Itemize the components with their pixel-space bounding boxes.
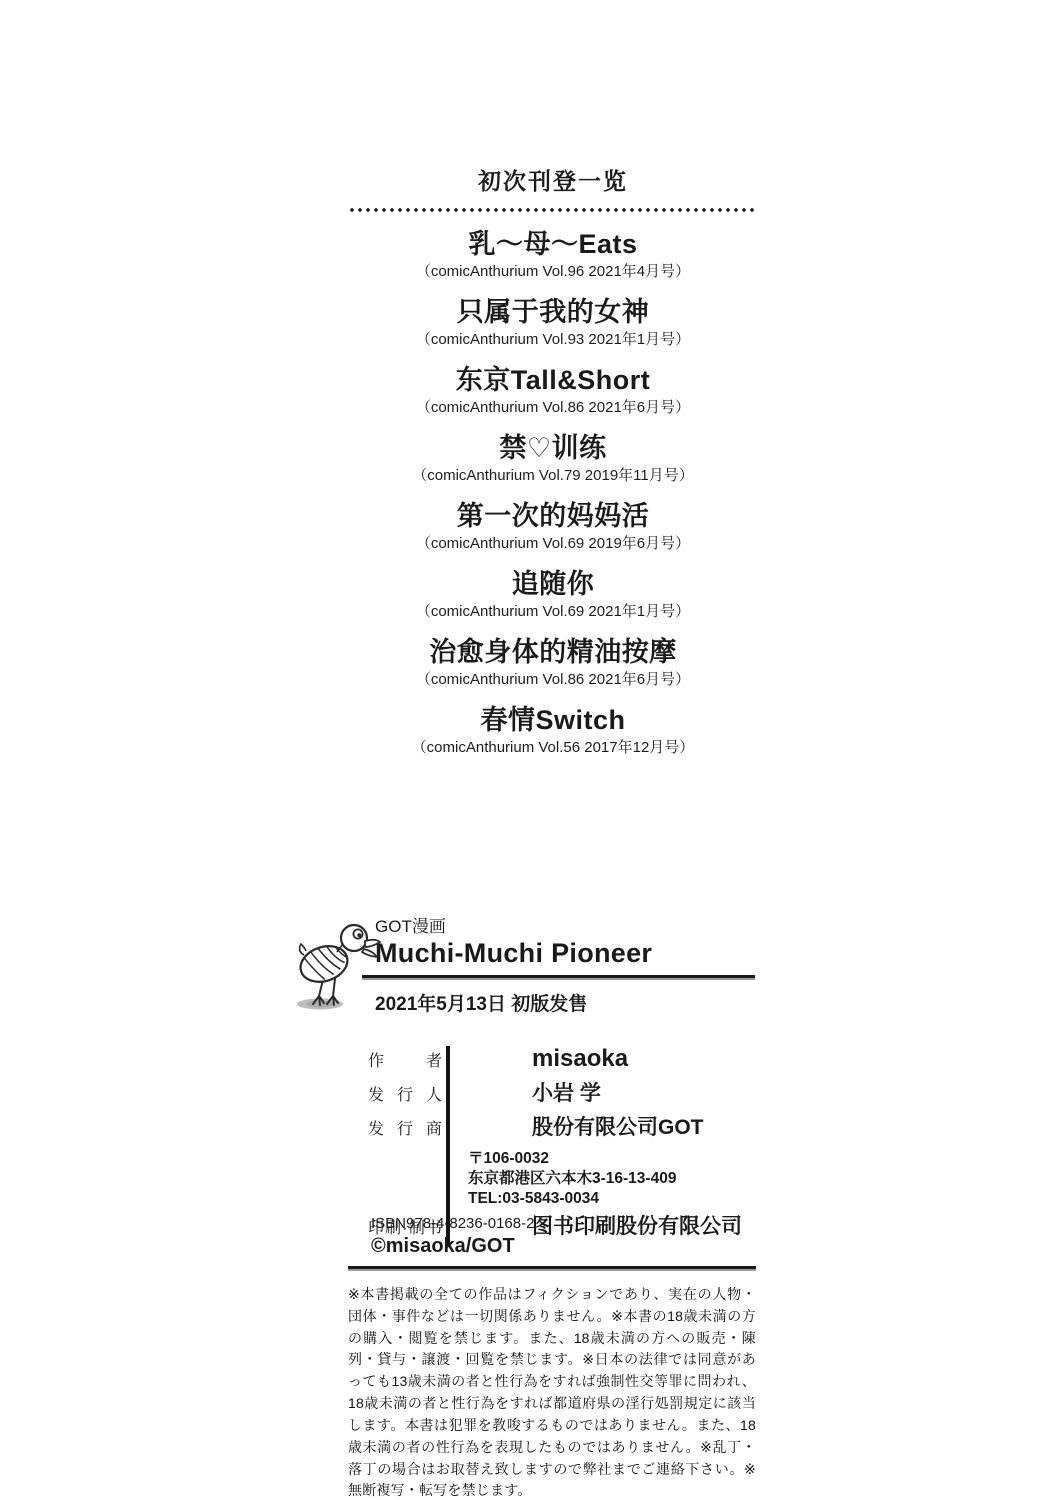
publication-entry: 治愈身体的精油按摩 （comicAnthurium Vol.86 2021年6月…: [349, 637, 757, 689]
publication-entry: 东京Tall&Short （comicAnthurium Vol.86 2021…: [349, 365, 757, 417]
entry-title: 禁♡训练: [349, 433, 757, 464]
disclaimer-text: ※本書掲載の全ての作品はフィクションであり、実在の人物・団体・事件などは一切関係…: [348, 1284, 756, 1500]
imprint-section: GOT漫画 Muchi-Muchi Pioneer 2021年5月13日 初版发…: [293, 916, 763, 1016]
release-date: 2021年5月13日 初版发售: [362, 989, 755, 1016]
first-publication-section: 初次刊登一览 乳〜母〜Eats （comicAnthurium Vol.96 2…: [349, 168, 757, 757]
bird-logo-icon: [293, 918, 383, 1018]
publication-entry: 春情Switch （comicAnthurium Vol.56 2017年12月…: [349, 705, 757, 757]
credit-row-publisher-person: 发行人 小岩 学: [368, 1081, 760, 1108]
credit-row-publisher-company: 发行商 股份有限公司GOT: [368, 1115, 760, 1142]
credit-value: 图书印刷股份有限公司: [510, 1214, 742, 1240]
entry-source: （comicAnthurium Vol.96 2021年4月号）: [349, 263, 757, 281]
credit-label: 作者: [368, 1050, 442, 1074]
entry-title: 追随你: [349, 569, 757, 600]
credit-label: 发行商: [368, 1118, 442, 1142]
copyright: ©misaoka/GOT: [371, 1234, 534, 1258]
address-street: 东京都港区六本木3-16-13-409: [468, 1169, 760, 1189]
address-postal-code: 〒106-0032: [468, 1149, 760, 1169]
entry-source: （comicAnthurium Vol.86 2021年6月号）: [349, 671, 757, 689]
entry-source: （comicAnthurium Vol.86 2021年6月号）: [349, 399, 757, 417]
publication-entry: 禁♡训练 （comicAnthurium Vol.79 2019年11月号）: [349, 433, 757, 485]
brand-label: GOT漫画: [362, 916, 755, 937]
entry-title: 只属于我的女神: [349, 297, 757, 328]
publication-entry: 第一次的妈妈活 （comicAnthurium Vol.69 2019年6月号）: [349, 501, 757, 553]
credit-value: 小岩 学: [510, 1081, 601, 1107]
entry-source: （comicAnthurium Vol.69 2019年6月号）: [349, 535, 757, 553]
address-phone: TEL:03-5843-0034: [468, 1189, 760, 1209]
credit-value: misaoka: [510, 1044, 628, 1074]
credit-value: 股份有限公司GOT: [510, 1115, 704, 1141]
dotted-divider: [349, 207, 757, 213]
logo-text-block: GOT漫画 Muchi-Muchi Pioneer 2021年5月13日 初版发…: [362, 916, 755, 1016]
publication-entry: 只属于我的女神 （comicAnthurium Vol.93 2021年1月号）: [349, 297, 757, 349]
entry-source: （comicAnthurium Vol.79 2019年11月号）: [349, 467, 757, 485]
disclaimer-divider: [348, 1266, 756, 1271]
section-title: 初次刊登一览: [349, 168, 757, 196]
entry-source: （comicAnthurium Vol.56 2017年12月号）: [349, 739, 757, 757]
credit-row-author: 作者 misaoka: [368, 1044, 760, 1074]
disclaimer-section: ※本書掲載の全ての作品はフィクションであり、実在の人物・団体・事件などは一切関係…: [348, 1266, 756, 1500]
entry-title: 治愈身体的精油按摩: [349, 637, 757, 668]
book-title: Muchi-Muchi Pioneer: [362, 937, 755, 969]
publication-entry: 追随你 （comicAnthurium Vol.69 2021年1月号）: [349, 569, 757, 621]
entry-title: 春情Switch: [349, 705, 757, 736]
isbn: ISBN978-4-8236-0168-2: [371, 1214, 534, 1234]
entry-title: 东京Tall&Short: [349, 365, 757, 396]
isbn-block: ISBN978-4-8236-0168-2 ©misaoka/GOT: [371, 1214, 534, 1258]
credit-label: 发行人: [368, 1084, 442, 1108]
entry-source: （comicAnthurium Vol.93 2021年1月号）: [349, 331, 757, 349]
title-rule: [362, 975, 755, 980]
entry-source: （comicAnthurium Vol.69 2021年1月号）: [349, 603, 757, 621]
publisher-address: 〒106-0032 东京都港区六本木3-16-13-409 TEL:03-584…: [458, 1149, 760, 1208]
entry-title: 第一次的妈妈活: [349, 501, 757, 532]
publication-entry: 乳〜母〜Eats （comicAnthurium Vol.96 2021年4月号…: [349, 229, 757, 281]
entry-title: 乳〜母〜Eats: [349, 229, 757, 260]
